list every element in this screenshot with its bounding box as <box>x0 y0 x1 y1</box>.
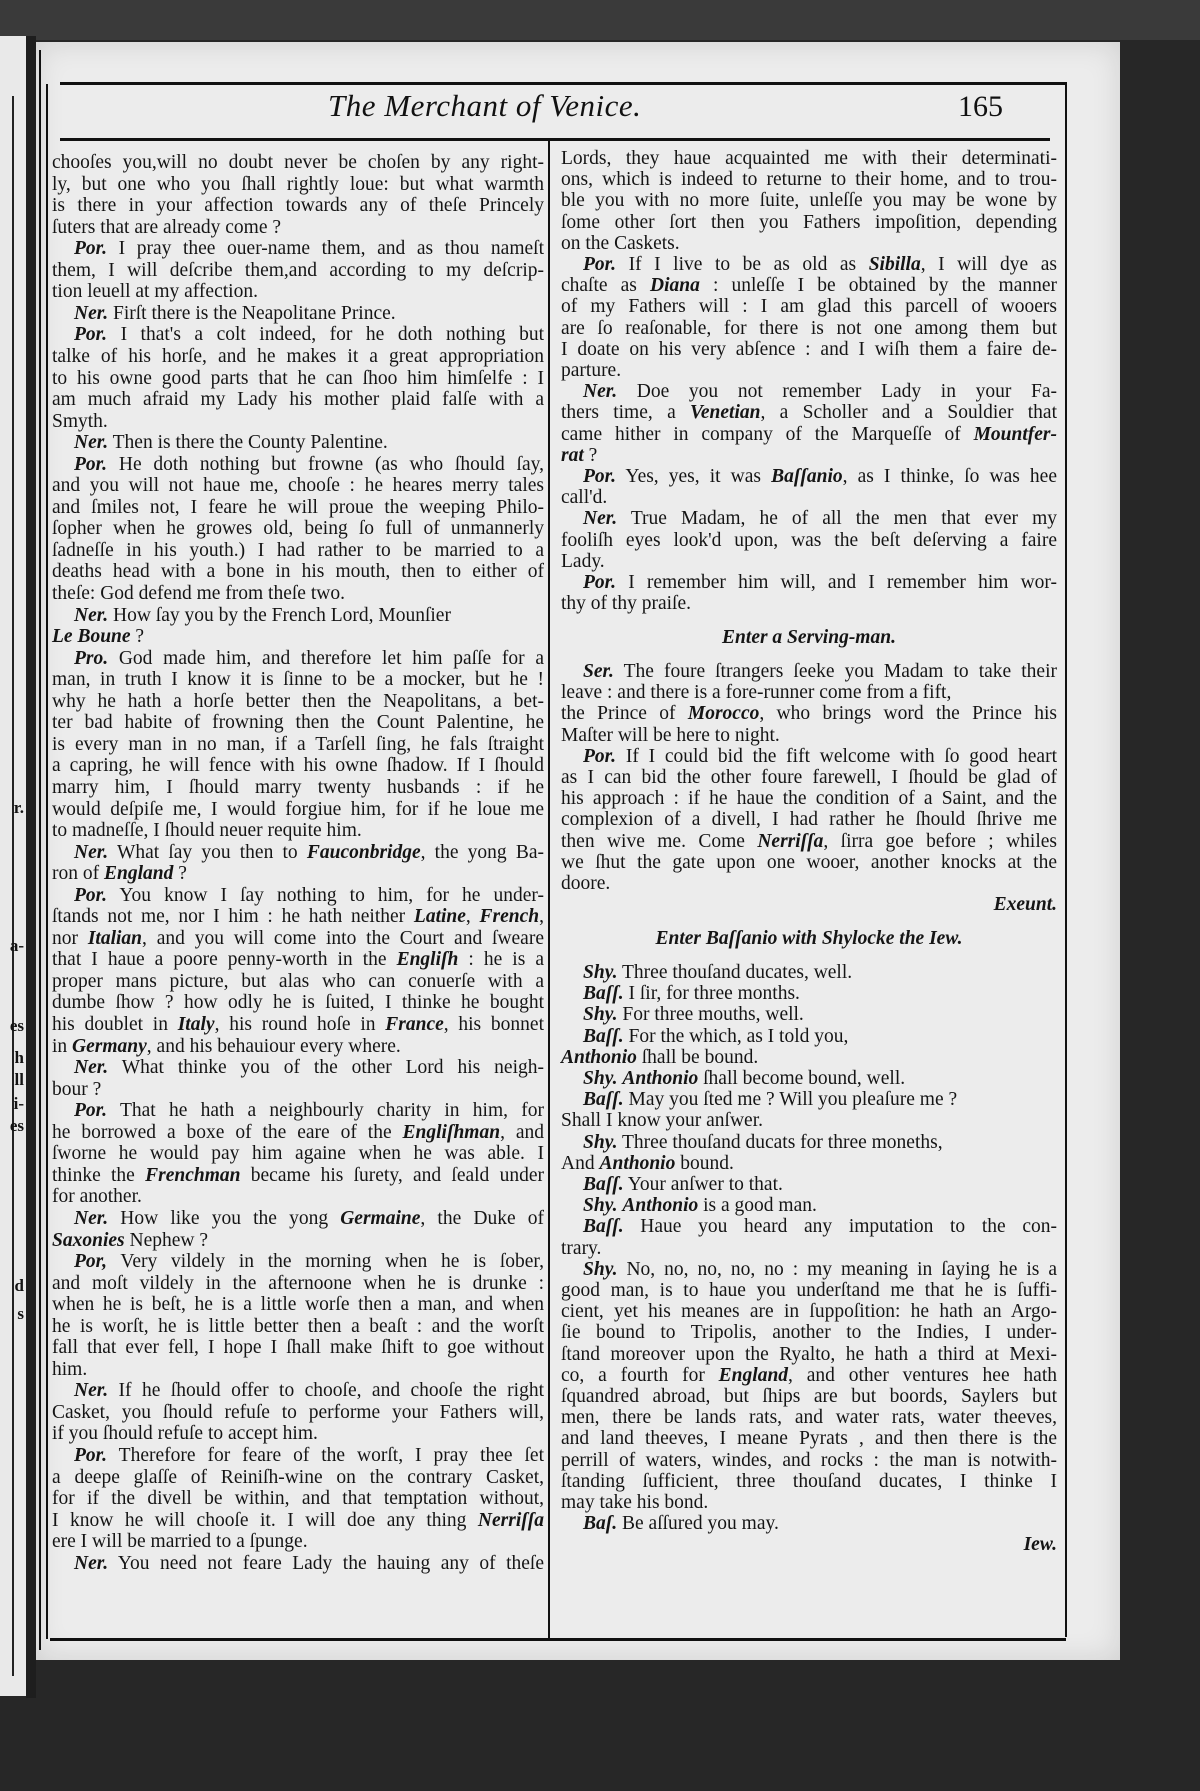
text-line: chaſte as Diana : unleſſe I be obtained … <box>561 275 1057 297</box>
line-text: , and other ventures hee hath <box>788 1365 1057 1386</box>
text-line: thinke the Frenchman became his ſurety, … <box>52 1165 544 1187</box>
text-line: Maſter will be here to night. <box>561 725 1057 747</box>
italic-name: Iew. <box>1024 1534 1057 1555</box>
line-text: ? <box>131 626 145 647</box>
line-text: when he is beſt, he is a little worſe th… <box>52 1294 544 1315</box>
line-text: ere I will be married to a ſpunge. <box>52 1531 308 1552</box>
text-line: Pro. God made him, and therefore let him… <box>74 648 544 670</box>
text-line: bour ? <box>52 1079 544 1101</box>
speaker-prefix: Baſſ. <box>583 1174 624 1195</box>
line-text: bound. <box>675 1153 734 1174</box>
italic-name: Le Boune <box>52 626 131 647</box>
text-line: fooliſh eyes look'd upon, was the beſt d… <box>561 530 1057 552</box>
italic-name: England <box>719 1365 788 1386</box>
stage-direction: Iew. <box>561 1534 1057 1556</box>
text-line: Ner. True Madam, he of all the men that … <box>583 508 1057 530</box>
text-line: marry him, I ſhould marry twenty husband… <box>52 777 544 799</box>
text-line: I know he will chooſe it. I will doe any… <box>52 1510 544 1532</box>
text-line: Por. If I live to be as old as Sibilla, … <box>583 254 1057 276</box>
speaker-prefix: Ner. <box>74 605 108 626</box>
line-text: on the Caskets. <box>561 233 680 254</box>
line-text: ble you with no more ſuite, unleſſe you … <box>561 190 1057 211</box>
text-line: his approach : if he haue the condition … <box>561 788 1057 810</box>
text-line: Por. I that's a colt indeed, for he doth… <box>74 324 544 346</box>
text-line: to his owne good parts that he can ſhoo … <box>52 368 544 390</box>
line-text: and ſmiles not, I feare he will proue th… <box>52 497 544 518</box>
speaker-prefix: Por. <box>74 1100 107 1121</box>
text-line: Shy. No, no, no, no, no : my meaning in … <box>583 1259 1057 1281</box>
line-text: and you will not haue me, chooſe : he he… <box>52 475 544 496</box>
line-text: good man, is to haue you underſtand me t… <box>561 1280 1057 1301</box>
line-text: No, no, no, no, no : my meaning in ſayin… <box>618 1259 1058 1280</box>
line-text: You know I ſay nothing to him, for he un… <box>107 885 544 906</box>
text-line: would deſpiſe me, I would forgiue him, f… <box>52 799 544 821</box>
line-text: in <box>52 1036 72 1057</box>
line-text: If I live to be as old as <box>616 254 869 275</box>
adjacent-page-edge: r.a-eshlli-esds <box>0 36 28 1696</box>
text-line: then wive me. Come Nerriſſa, ſirra goe b… <box>561 831 1057 853</box>
text-line: ſie bound to Tripolis, another to the In… <box>561 1322 1057 1344</box>
line-text: , <box>466 906 480 927</box>
text-line: Ner. If he ſhould offer to chooſe, and c… <box>74 1380 544 1402</box>
speaker-prefix: Ner. <box>74 1380 108 1401</box>
text-line: Ner. Doe you not remember Lady in your F… <box>583 381 1057 403</box>
text-line: is every man in no man, if a Tarſell ſin… <box>52 734 544 756</box>
line-text: For three mouths, well. <box>618 1004 804 1025</box>
text-line: as I can bid the other foure farewell, I… <box>561 767 1057 789</box>
line-text: nor <box>52 928 88 949</box>
italic-name: Anthonio <box>561 1047 637 1068</box>
line-text: Three thouſand ducates, well. <box>618 962 853 983</box>
line-text: Very vildely in the morning when he is ſ… <box>107 1251 544 1272</box>
text-line: fall that ever fell, I hope I ſhall make… <box>52 1337 544 1359</box>
text-line: man, in truth I know it is ſinne to be a… <box>52 669 544 691</box>
scan-background-top <box>0 0 1200 40</box>
line-text: Your anſwer to that. <box>624 1174 783 1195</box>
line-text: I ſir, for three months. <box>624 983 800 1004</box>
text-line: ſquandred abroad, but ſhips are but boor… <box>561 1386 1057 1408</box>
text-line: and land theeves, I meane Pyrats , and t… <box>561 1428 1057 1450</box>
line-text: ſtands not me, nor I him : he hath neith… <box>52 906 414 927</box>
text-line: Ner. Firſt there is the Neapolitane Prin… <box>74 303 544 325</box>
text-line: dumbe ſhow ? how odly he is ſuited, I th… <box>52 992 544 1014</box>
italic-name: Germaine <box>340 1208 420 1229</box>
text-line: call'd. <box>561 487 1057 509</box>
text-line: Por. If I could bid the fift welcome wit… <box>583 746 1057 768</box>
line-text: Shall I know your anſwer. <box>561 1110 763 1131</box>
adjacent-page-text-fragment: a- <box>0 936 24 956</box>
italic-name: Venetian <box>690 402 760 423</box>
line-text: and moſt vildely in the afternoone when … <box>52 1273 544 1294</box>
line-text: as I can bid the other foure farewell, I… <box>561 767 1057 788</box>
text-line: his doublet in Italy, his round hoſe in … <box>52 1014 544 1036</box>
adjacent-page-text-fragment: d <box>0 1276 24 1296</box>
line-text: his approach : if he haue the condition … <box>561 788 1057 809</box>
line-text: dumbe ſhow ? how odly he is ſuited, I th… <box>52 992 544 1013</box>
text-line: to madneſſe, I ſhould neuer requite him. <box>52 820 544 842</box>
text-line: Smyth. <box>52 411 544 433</box>
text-line: complexion of a divell, I had rather he … <box>561 809 1057 831</box>
line-text: If I could bid the fift welcome with ſo … <box>616 746 1057 767</box>
line-text: True Madam, he of all the men that ever … <box>617 508 1057 529</box>
line-text: perrill of waters, windes, and rocks : t… <box>561 1450 1057 1471</box>
line-text: , ſirra goe before ; whiles <box>823 831 1057 852</box>
line-text: ly, but one who you ſhall rightly loue: … <box>52 174 544 195</box>
speaker-prefix: Shy. <box>583 1259 618 1280</box>
line-text: : he is a <box>458 949 544 970</box>
line-text: ſtand moreover upon the Ryalto, he hath … <box>561 1344 1057 1365</box>
text-line: I doate on his very abſence : and I wiſh… <box>561 339 1057 361</box>
speaker-prefix: Por. <box>74 238 107 259</box>
text-line: that I haue a poore penny-worth in the E… <box>52 949 544 971</box>
text-line: Baſſ. I ſir, for three months. <box>583 983 1057 1005</box>
line-text: ſadneſſe in his youth.) I had rather to … <box>52 540 544 561</box>
text-line: Por. That he hath a neighbourly charity … <box>74 1100 544 1122</box>
text-line: the Prince of Morocco, who brings word t… <box>561 703 1057 725</box>
frame-left-inner <box>46 84 48 1639</box>
text-line: ly, but one who you ſhall rightly loue: … <box>52 174 544 196</box>
text-line: is there in your affection towards any o… <box>52 195 544 217</box>
line-text: thinke the <box>52 1165 145 1186</box>
text-line: ſtand moreover upon the Ryalto, he hath … <box>561 1344 1057 1366</box>
italic-name: Anthonio <box>599 1153 675 1174</box>
line-text: ? <box>584 445 598 466</box>
text-line: of my Fathers will : I am glad this parc… <box>561 296 1057 318</box>
frame-right <box>1065 82 1067 1637</box>
book-gutter <box>26 36 36 1698</box>
book-page: The Merchant of Venice. 165 chooſes you,… <box>36 42 1120 1660</box>
footer-rule <box>50 1638 1066 1641</box>
line-text: Yes, yes, it was <box>616 466 771 487</box>
text-line: may take his bond. <box>561 1492 1057 1514</box>
text-line: thy of thy praiſe. <box>561 593 1057 615</box>
line-text: ons, which is indeed to returne to their… <box>561 169 1057 190</box>
line-text: cient, yet his meanes are in ſuppoſition… <box>561 1301 1057 1322</box>
italic-name: Nerriſſa <box>478 1510 544 1531</box>
text-line: and you will not haue me, chooſe : he he… <box>52 475 544 497</box>
text-line: And Anthonio bound. <box>561 1153 1057 1175</box>
line-text: ſhall be bound. <box>637 1047 758 1068</box>
line-text: and land theeves, I meane Pyrats , and t… <box>561 1428 1057 1449</box>
line-text: I know he will chooſe it. I will doe any… <box>52 1510 478 1531</box>
line-text: Casket, you ſhould refuſe to performe yo… <box>52 1402 544 1423</box>
line-text: are ſo reaſonable, for there is not one … <box>561 318 1057 339</box>
line-text: doore. <box>561 873 610 894</box>
italic-name: Nerriſſa <box>757 831 823 852</box>
line-text: Lady. <box>561 551 605 572</box>
text-line: Baſſ. May you ſted me ? Will you pleaſur… <box>583 1089 1057 1111</box>
line-text: The foure ſtrangers ſeeke you Madam to t… <box>614 661 1057 682</box>
running-title: The Merchant of Venice. <box>328 88 641 124</box>
italic-name: Fauconbridge <box>307 842 421 863</box>
line-text: is a good man. <box>698 1195 817 1216</box>
line-text: bour ? <box>52 1079 101 1100</box>
text-line: a capring, he will fence with his owne ſ… <box>52 755 544 777</box>
line-text: And <box>561 1153 599 1174</box>
text-line: Shy. Three thouſand ducates, well. <box>583 962 1057 984</box>
speaker-prefix: Por. <box>74 885 107 906</box>
speaker-prefix: Ner. <box>583 381 617 402</box>
speaker-prefix: Shy. <box>583 1195 618 1216</box>
speaker-prefix: Shy. <box>583 1068 618 1089</box>
line-text: talke of his horſe, and he makes it a gr… <box>52 346 544 367</box>
line-text: Firſt there is the Neapolitane Prince. <box>108 303 396 324</box>
text-line: Por. You know I ſay nothing to him, for … <box>74 885 544 907</box>
text-line: a deepe glaſſe of Reiniſh-wine on the co… <box>52 1467 544 1489</box>
adjacent-page-rule <box>12 96 14 1676</box>
text-line: theſe: God defend me from theſe two. <box>52 583 544 605</box>
italic-name: Italian <box>88 928 142 949</box>
italic-name: Saxonies <box>52 1230 125 1251</box>
line-text: he borrowed a boxe of the eare of the <box>52 1122 403 1143</box>
line-text: , I will dye as <box>921 254 1057 275</box>
text-line: Shall I know your anſwer. <box>561 1110 1057 1132</box>
text-line: Ser. The foure ſtrangers ſeeke you Madam… <box>583 661 1057 683</box>
line-text: came hither in company of the Marqueſſe … <box>561 424 974 445</box>
line-text: to his owne good parts that he can ſhoo … <box>52 368 544 389</box>
line-text: ? <box>173 863 187 884</box>
text-line: Ner. What ſay you then to Fauconbridge, … <box>74 842 544 864</box>
line-text: , his bonnet <box>444 1014 544 1035</box>
line-text: chaſte as <box>561 275 650 296</box>
text-line: Shy. Three thouſand ducats for three mon… <box>583 1132 1057 1154</box>
text-line: Por, Very vildely in the morning when he… <box>74 1251 544 1273</box>
line-text: a deepe glaſſe of Reiniſh-wine on the co… <box>52 1467 544 1488</box>
italic-name: Mountfer- <box>974 424 1057 445</box>
text-line: Por. I remember him will, and I remember… <box>583 572 1057 594</box>
italic-name: Exeunt. <box>994 894 1057 915</box>
text-line: Ner. You need not feare Lady the hauing … <box>74 1553 544 1575</box>
line-text: ſie bound to Tripolis, another to the In… <box>561 1322 1057 1343</box>
text-line: nor Italian, and you will come into the … <box>52 928 544 950</box>
line-text: Three thouſand ducats for three moneths, <box>618 1132 943 1153</box>
text-line: them, I will deſcribe them,and according… <box>52 260 544 282</box>
text-line: Anthonio ſhall be bound. <box>561 1047 1057 1069</box>
adjacent-page-text-fragment: s <box>0 1304 24 1324</box>
text-line: ron of England ? <box>52 863 544 885</box>
speaker-prefix: Baſ. <box>583 1513 617 1534</box>
line-text: For the which, as I told you, <box>624 1026 849 1047</box>
speaker-prefix: Por. <box>74 324 107 345</box>
italic-name: England <box>104 863 173 884</box>
text-line: Ner. Then is there the County Palentine. <box>74 432 544 454</box>
text-line: good man, is to haue you underſtand me t… <box>561 1280 1057 1302</box>
line-text: ſtanding ſufficient, three thouſand duca… <box>561 1471 1057 1492</box>
speaker-prefix: Baſſ. <box>583 1089 624 1110</box>
line-text: Be aſſured you may. <box>617 1513 779 1534</box>
italic-name: Latine <box>414 906 466 927</box>
text-line: when he is beſt, he is a little worſe th… <box>52 1294 544 1316</box>
text-line: why he hath a horſe better then the Neap… <box>52 691 544 713</box>
line-text: God made him, and therefore let him paſſ… <box>108 648 544 669</box>
speaker-prefix: Ner. <box>74 1057 108 1078</box>
speaker-prefix: Ner. <box>74 303 108 324</box>
line-text: , and you will come into the Court and ſ… <box>142 928 544 949</box>
text-line: Lords, they haue acquainted me with thei… <box>561 148 1057 170</box>
line-text: we ſhut the gate upon one wooer, another… <box>561 852 1057 873</box>
speaker-prefix: Shy. <box>583 962 618 983</box>
text-line: we ſhut the gate upon one wooer, another… <box>561 852 1057 874</box>
text-line: Ner. How ſay you by the French Lord, Mou… <box>74 605 544 627</box>
line-text: his doublet in <box>52 1014 178 1035</box>
line-text: ſworne he would pay him againe when he w… <box>52 1143 544 1164</box>
text-line: doore. <box>561 873 1057 895</box>
italic-name: Germany <box>72 1036 147 1057</box>
adjacent-page-text-fragment: h <box>0 1048 24 1068</box>
text-line: Por. I pray thee ouer-name them, and as … <box>74 238 544 260</box>
speaker-prefix: Ner. <box>74 842 108 863</box>
text-line: on the Caskets. <box>561 233 1057 255</box>
text-line: Por. Yes, yes, it was Baſſanio, as I thi… <box>583 466 1057 488</box>
line-text: that I haue a poore penny-worth in the <box>52 949 397 970</box>
line-text: Therefore for feare of the worſt, I pray… <box>107 1445 544 1466</box>
text-line: deaths head with a bone in his mouth, th… <box>52 561 544 583</box>
line-text: proper mans picture, but alas who can co… <box>52 971 544 992</box>
line-text: , the yong Ba- <box>421 842 544 863</box>
text-line: for another. <box>52 1186 544 1208</box>
text-line: Casket, you ſhould refuſe to performe yo… <box>52 1402 544 1424</box>
stage-direction: Enter Baſſanio with Shylocke the Iew. <box>561 928 1057 950</box>
text-line: Baſ. Be aſſured you may. <box>583 1513 1057 1535</box>
text-line: ble you with no more ſuite, unleſſe you … <box>561 190 1057 212</box>
line-text: Then is there the County Palentine. <box>108 432 388 453</box>
text-line: rat ? <box>561 445 1057 467</box>
text-line: am much afraid my Lady his mother plaid … <box>52 389 544 411</box>
line-text: , his round hoſe in <box>215 1014 386 1035</box>
text-line: Por. He doth nothing but frowne (as who … <box>74 454 544 476</box>
line-text: What thinke you of the other Lord his ne… <box>108 1057 544 1078</box>
line-text: Nephew ? <box>125 1230 208 1251</box>
speaker-prefix: Por, <box>74 1251 107 1272</box>
column-divider <box>548 140 550 1638</box>
speaker-prefix: Baſſ. <box>583 983 624 1004</box>
italic-name: Diana <box>650 275 700 296</box>
text-line: trary. <box>561 1238 1057 1260</box>
line-text: them, I will deſcribe them,and according… <box>52 260 544 281</box>
italic-name: Anthonio <box>622 1068 698 1089</box>
header-top-rule <box>60 82 1066 85</box>
adjacent-page-text-fragment: es <box>0 1016 24 1036</box>
text-line: Le Boune ? <box>52 626 544 648</box>
italic-name: Anthonio <box>622 1195 698 1216</box>
line-text: the Prince of <box>561 703 688 724</box>
stage-direction: Enter a Serving-man. <box>561 627 1057 649</box>
line-text: complexion of a divell, I had rather he … <box>561 809 1057 830</box>
line-text: why he hath a horſe better then the Neap… <box>52 691 544 712</box>
italic-name: Enter a Serving-man. <box>722 627 896 648</box>
italic-name: Italy <box>178 1014 215 1035</box>
italic-name: Engliſh <box>397 949 459 970</box>
adjacent-page-text-fragment: ll <box>0 1070 24 1090</box>
text-line: Shy. For three mouths, well. <box>583 1004 1057 1026</box>
line-text: man, in truth I know it is ſinne to be a… <box>52 669 544 690</box>
header-bottom-rule <box>60 138 1050 141</box>
text-line: he is worſt, he is little better then a … <box>52 1316 544 1338</box>
line-text: , a Scholler and a Souldier that <box>760 402 1057 423</box>
italic-name: Frenchman <box>145 1165 240 1186</box>
adjacent-page-text-fragment: es <box>0 1116 24 1136</box>
line-text: for if the divell be within, and that te… <box>52 1488 544 1509</box>
line-text: , the Duke of <box>420 1208 544 1229</box>
italic-name: rat <box>561 445 584 466</box>
line-text: Doe you not remember Lady in your Fa- <box>617 381 1057 402</box>
text-line: ere I will be married to a ſpunge. <box>52 1531 544 1553</box>
line-text: Smyth. <box>52 411 108 432</box>
line-text: parture. <box>561 360 621 381</box>
speaker-prefix: Ser. <box>583 661 614 682</box>
text-line: tion leuell at my affection. <box>52 281 544 303</box>
line-text: call'd. <box>561 487 607 508</box>
line-text: What ſay you then to <box>108 842 307 863</box>
line-text: fooliſh eyes look'd upon, was the beſt d… <box>561 530 1057 551</box>
text-line: and ſmiles not, I feare he will proue th… <box>52 497 544 519</box>
line-text: Maſter will be here to night. <box>561 725 780 746</box>
speaker-prefix: Por. <box>583 572 616 593</box>
text-line: talke of his horſe, and he makes it a gr… <box>52 346 544 368</box>
speaker-prefix: Por. <box>583 466 616 487</box>
adjacent-page-text-fragment: i- <box>0 1094 24 1114</box>
text-line: Por. Therefore for feare of the worſt, I… <box>74 1445 544 1467</box>
line-text: How like you the yong <box>108 1208 340 1229</box>
speaker-prefix: Por. <box>74 454 107 475</box>
line-text: to madneſſe, I ſhould neuer requite him. <box>52 820 362 841</box>
line-text: I doate on his very abſence : and I wiſh… <box>561 339 1057 360</box>
line-text: theſe: God defend me from theſe two. <box>52 583 345 604</box>
line-text: of my Fathers will : I am glad this parc… <box>561 296 1057 317</box>
text-line: Baſſ. Haue you heard any imputation to t… <box>583 1216 1057 1238</box>
text-line: for if the divell be within, and that te… <box>52 1488 544 1510</box>
line-text: Lords, they haue acquainted me with thei… <box>561 148 1057 169</box>
text-line: thers time, a Venetian, a Scholler and a… <box>561 402 1057 424</box>
line-text: men, there be lands rats, and water rats… <box>561 1407 1057 1428</box>
line-text: I pray thee ouer-name them, and as thou … <box>107 238 544 259</box>
line-text: may take his bond. <box>561 1492 708 1513</box>
page-number: 165 <box>958 90 1003 124</box>
text-line: he borrowed a boxe of the eare of the En… <box>52 1122 544 1144</box>
text-line: ſadneſſe in his youth.) I had rather to … <box>52 540 544 562</box>
speaker-prefix: Por. <box>583 254 616 275</box>
line-text: ſhall become bound, well. <box>698 1068 905 1089</box>
text-line: leave : and there is a fore-runner come … <box>561 682 1057 704</box>
line-text: , <box>539 906 544 927</box>
line-text: He doth nothing but frowne (as who ſhoul… <box>107 454 544 475</box>
speaker-prefix: Shy. <box>583 1004 618 1025</box>
text-line: if you ſhould refuſe to accept him. <box>52 1423 544 1445</box>
text-line: ſtands not me, nor I him : he hath neith… <box>52 906 544 928</box>
text-line: cient, yet his meanes are in ſuppoſition… <box>561 1301 1057 1323</box>
line-text: thy of thy praiſe. <box>561 593 691 614</box>
text-line: Baſſ. For the which, as I told you, <box>583 1026 1057 1048</box>
text-line: and moſt vildely in the afternoone when … <box>52 1273 544 1295</box>
text-line: came hither in company of the Marqueſſe … <box>561 424 1057 446</box>
line-text: ron of <box>52 863 104 884</box>
line-text: ter bad habite of frowning then the Coun… <box>52 712 544 733</box>
line-text: he is worſt, he is little better then a … <box>52 1316 544 1337</box>
text-line: Shy. Anthonio is a good man. <box>583 1195 1057 1217</box>
text-line: ſome other ſort then you Fathers impoſit… <box>561 212 1057 234</box>
text-line: men, there be lands rats, and water rats… <box>561 1407 1057 1429</box>
text-line: ſuters that are already come ? <box>52 217 544 239</box>
italic-name: Morocco <box>688 703 760 724</box>
italic-name: Enter Baſſanio with Shylocke the Iew. <box>656 928 963 949</box>
text-line: Lady. <box>561 551 1057 573</box>
line-text: I remember him will, and I remember him … <box>616 572 1057 593</box>
line-text: ſuters that are already come ? <box>52 217 281 238</box>
line-text: Haue you heard any imputation to the con… <box>624 1216 1057 1237</box>
text-line: ons, which is indeed to returne to their… <box>561 169 1057 191</box>
line-text: would deſpiſe me, I would forgiue him, f… <box>52 799 544 820</box>
line-text: ſopher when he growes old, being ſo full… <box>52 518 544 539</box>
